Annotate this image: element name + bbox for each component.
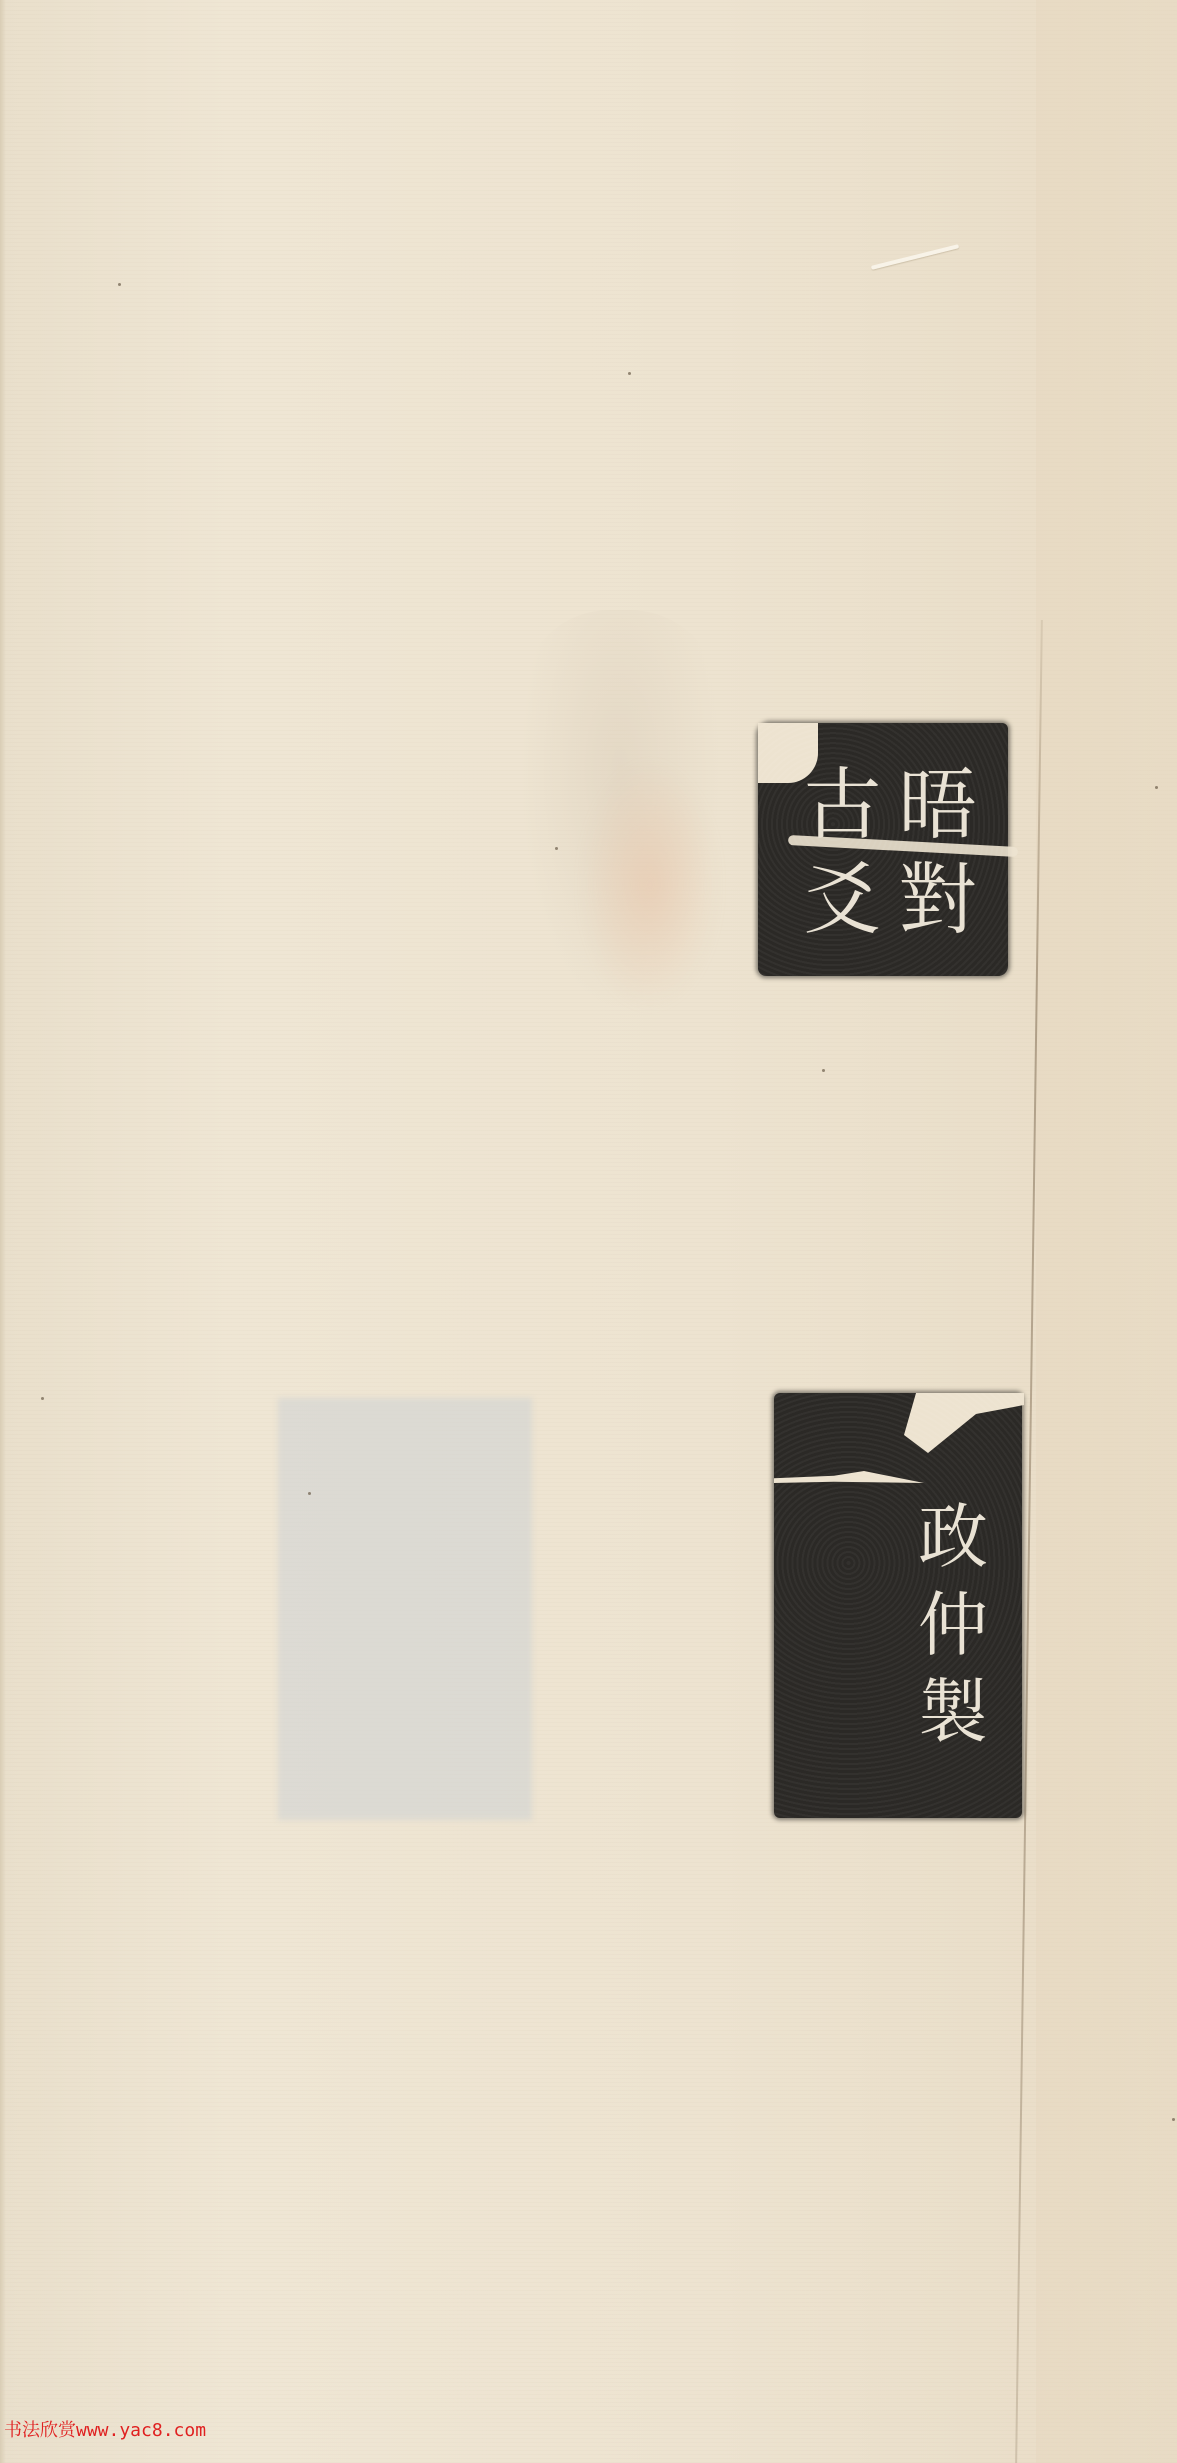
seal-chipped-top <box>904 1393 1024 1453</box>
seal-char: 晤 <box>883 755 978 850</box>
seal-char: 爻 <box>788 850 883 945</box>
peach-stain <box>580 760 720 1010</box>
seal-char: 製 <box>918 1669 988 1757</box>
paper-speck <box>555 847 558 850</box>
paper-speck <box>822 1069 825 1072</box>
seal-lower-characters: 政 仲 製 <box>918 1494 988 1757</box>
paper-speck <box>41 1397 44 1400</box>
mounting-strip <box>1036 0 1177 2463</box>
seal-crack <box>774 1471 924 1483</box>
paper-speck <box>628 372 631 375</box>
paper-background <box>0 0 1177 2463</box>
site-watermark: 书法欣赏www.yac8.com <box>4 2416 206 2442</box>
seal-lower-rectangle: 政 仲 製 <box>774 1393 1022 1818</box>
seal-char: 對 <box>883 850 978 945</box>
paper-speck <box>308 1492 311 1495</box>
seal-char: 政 <box>918 1494 988 1582</box>
paper-speck <box>118 283 121 286</box>
seal-upper-characters: 晤 對 古 爻 <box>788 755 978 945</box>
seal-char: 仲 <box>918 1582 988 1670</box>
seal-char: 古 <box>788 755 883 850</box>
seal-upper-square: 晤 對 古 爻 <box>758 723 1008 976</box>
page-left-edge <box>0 0 6 2463</box>
paper-speck <box>1155 786 1158 789</box>
pale-blue-patch <box>278 1398 532 1820</box>
paper-speck <box>1172 2118 1175 2121</box>
